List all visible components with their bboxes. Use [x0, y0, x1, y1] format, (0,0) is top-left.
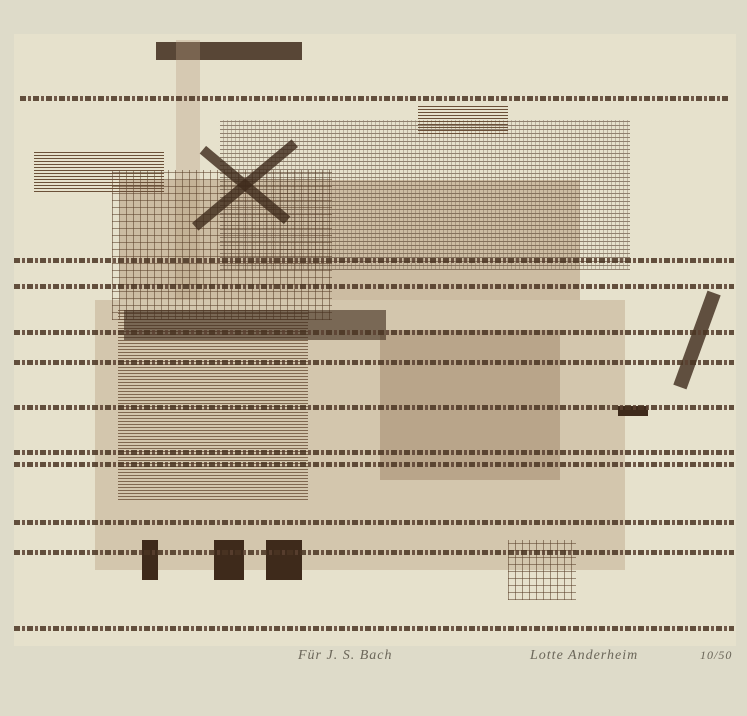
text-line: [14, 550, 734, 555]
text-line: [14, 450, 734, 455]
text-line: [14, 626, 734, 631]
text-line: [14, 330, 734, 335]
title-inscription: Für J. S. Bach: [298, 648, 392, 664]
text-line: [14, 360, 734, 365]
text-line: [14, 520, 734, 525]
hatch-block-left: [34, 152, 164, 192]
grid-lower-right: [508, 540, 576, 600]
stencil-shape-1: [142, 540, 158, 580]
text-line: [14, 405, 734, 410]
dark-band: [124, 310, 386, 340]
edition-number: 10/50: [700, 648, 732, 663]
text-line: [14, 258, 734, 263]
hatch-block-right: [418, 104, 508, 134]
handwriting-block: [220, 120, 630, 270]
paper-sheet: [0, 0, 747, 716]
stencil-shape-3: [266, 540, 302, 580]
text-line: [14, 462, 734, 467]
text-line: [20, 96, 730, 101]
artist-signature: Lotte Anderheim: [530, 648, 638, 664]
text-line: [14, 284, 734, 289]
stencil-shape-2: [214, 540, 244, 580]
